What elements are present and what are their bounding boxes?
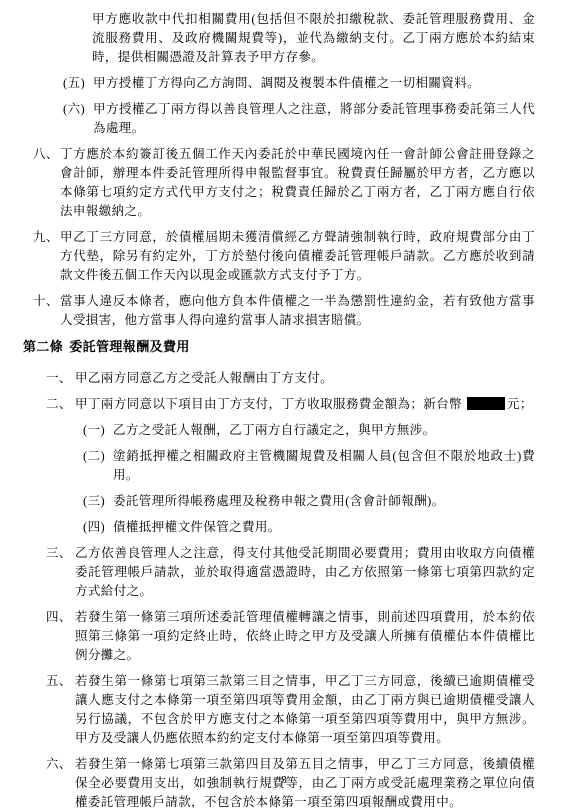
clause-marker: 三、 [46,544,75,601]
article2-item-4: 四、 若發生第一條第三項所述委託管理債權轉讓之情事，則前述四項費用，於本約依照第… [46,608,535,665]
clause-marker: (四) [83,518,113,537]
clause-text: 甲乙丁三方同意，於債權屆期未獲清償經乙方聲請強制執行時，政府規費部分由丁方代墊，… [60,228,535,285]
article1-subclause-5: (五) 甲方授權丁方得向乙方詢問、調閱及複製本件債權之一切相關資料。 [63,74,535,93]
page-number: 3 [0,771,568,790]
clause-text: 乙方之受託人報酬，乙丁兩方自行議定之，與甲方無涉。 [113,421,535,440]
clause-marker: (六) [63,100,93,138]
paragraph-text: 甲方應收款中代扣相關費用(包括但不限於扣繳稅款、委託管理服務費用、金流服務費用、… [92,10,535,67]
article1-subclause-6: (六) 甲方授權乙丁兩方得以善良管理人之注意，將部分委託管理事務委託第三人代為處… [63,100,535,138]
clause-text: 甲丁兩方同意以下項目由丁方支付，丁方收取服務費金額為；新台幣元； [75,395,535,414]
clause-text: 甲乙兩方同意乙方之受託人報酬由丁方支付。 [75,369,535,388]
clause-text: 當事人違反本條者，應向他方負本件債權之一半為懲罰性違約金，若有致他方當事人受損害… [60,292,535,330]
clause-text: 委託管理所得帳務處理及稅務申報之費用(含會計師報酬)。 [113,492,535,511]
article2-item2-subclause-4: (四) 債權抵押權文件保管之費用。 [83,518,535,537]
clause-text: 若發生第一條第三項所述委託管理債權轉讓之情事，則前述四項費用，於本約依照第三條第… [75,608,535,665]
article1-continuation-paragraph: 甲方應收款中代扣相關費用(包括但不限於扣繳稅款、委託管理服務費用、金流服務費用、… [92,10,535,67]
article1-item-8: 八、 丁方應於本約簽訂後五個工作天內委託於中華民國境內任一會計師公會註冊登錄之會… [33,145,535,221]
clause-text: 甲方授權丁方得向乙方詢問、調閱及複製本件債權之一切相關資料。 [93,74,535,93]
text-after-redaction: 元； [507,397,533,411]
clause-text: 乙方依善良管理人之注意，得支付其他受託期間必要費用；費用由收取方向債權委託管理帳… [75,544,535,601]
article1-item-9: 九、 甲乙丁三方同意，於債權屆期未獲清償經乙方聲請強制執行時，政府規費部分由丁方… [33,228,535,285]
clause-text: 債權抵押權文件保管之費用。 [113,518,535,537]
clause-text: 若發生第一條第七項第三款第三目之情事，甲乙丁三方同意，後續已逾期債權受讓人應支付… [75,672,535,748]
article2-item-2: 二、 甲丁兩方同意以下項目由丁方支付，丁方收取服務費金額為；新台幣元； [46,395,535,414]
article2-heading: 第二條委託管理報酬及費用 [23,337,535,356]
clause-text: 丁方應於本約簽訂後五個工作天內委託於中華民國境內任一會計師公會註冊登錄之會計師，… [60,145,535,221]
clause-marker: 二、 [46,395,75,414]
clause-text: 甲方授權乙丁兩方得以善良管理人之注意，將部分委託管理事務委託第三人代為處理。 [93,100,535,138]
clause-marker: 十、 [33,292,60,330]
article1-item-10: 十、 當事人違反本條者，應向他方負本件債權之一半為懲罰性違約金，若有致他方當事人… [33,292,535,330]
article-title: 委託管理報酬及費用 [69,339,190,354]
article2-item-1: 一、 甲乙兩方同意乙方之受託人報酬由丁方支付。 [46,369,535,388]
article-number: 第二條 [23,339,63,354]
clause-text: 塗銷抵押權之相關政府主管機關規費及相關人員(包含但不限於地政士)費用。 [113,447,535,485]
article2-item2-subclause-3: (三) 委託管理所得帳務處理及稅務申報之費用(含會計師報酬)。 [83,492,535,511]
article2-item2-subclause-2: (二) 塗銷抵押權之相關政府主管機關規費及相關人員(包含但不限於地政士)費用。 [83,447,535,485]
clause-marker: 一、 [46,369,75,388]
clause-marker: (三) [83,492,113,511]
clause-marker: 九、 [33,228,60,285]
clause-marker: (一) [83,421,113,440]
contract-page: 甲方應收款中代扣相關費用(包括但不限於扣繳稅款、委託管理服務費用、金流服務費用、… [0,0,568,808]
article2-item-5: 五、 若發生第一條第七項第三款第三目之情事，甲乙丁三方同意，後續已逾期債權受讓人… [46,672,535,748]
clause-marker: (五) [63,74,93,93]
article2-item2-subclause-1: (一) 乙方之受託人報酬，乙丁兩方自行議定之，與甲方無涉。 [83,421,535,440]
redaction-box [467,397,505,410]
text-before-redaction: 甲丁兩方同意以下項目由丁方支付，丁方收取服務費金額為；新台幣 [75,397,462,411]
clause-marker: (二) [83,447,113,485]
clause-marker: 五、 [46,672,75,748]
article2-item-3: 三、 乙方依善良管理人之注意，得支付其他受託期間必要費用；費用由收取方向債權委託… [46,544,535,601]
clause-marker: 四、 [46,608,75,665]
clause-marker: 八、 [33,145,60,221]
